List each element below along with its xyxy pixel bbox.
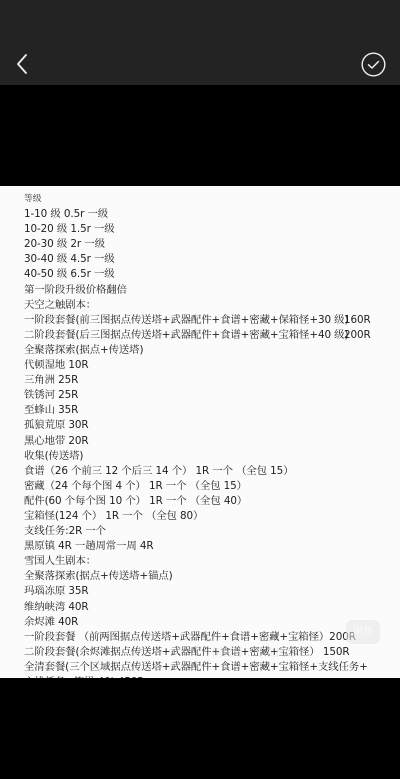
text-line: 维纳峡湾 40R bbox=[24, 600, 394, 615]
text-line: 全清套餐(三个区域据点传送塔+武器配件+食谱+密藏+宝箱怪+支线任务+ bbox=[24, 660, 394, 675]
text-line: 宝箱怪(124 个） 1R 一个 （全包 80） bbox=[24, 509, 394, 524]
text-line: 全聚落探索(据点+传送塔+锚点) bbox=[24, 569, 394, 584]
text-line-content: 二阶段套餐(余烬滩据点传送塔+武器配件+食谱+密藏+宝箱怪） 150R bbox=[24, 646, 350, 658]
text-line: 二阶段套餐(余烬滩据点传送塔+武器配件+食谱+密藏+宝箱怪） 150R bbox=[24, 645, 394, 660]
text-line-content: 食谱（26 个前三 12 个后三 14 个） 1R 一个 （全包 15） bbox=[24, 465, 293, 477]
text-line-content: 第一阶段升级价格翻倍 bbox=[24, 284, 127, 296]
text-line-content: 1-10 级 0.5r 一级 bbox=[24, 208, 108, 220]
text-line-content: 10-20 级 1.5r 一级 bbox=[24, 223, 115, 235]
text-line-content: 支线任务:2R 一个 bbox=[24, 525, 106, 537]
text-line-content: 代顿湿地 10R bbox=[24, 359, 89, 371]
top-toolbar bbox=[0, 0, 400, 85]
text-line-content: 孤狼荒原 30R bbox=[24, 419, 89, 431]
document-text: 等级1-10 级 0.5r 一级10-20 级 1.5r 一级20-30 级 2… bbox=[24, 192, 394, 678]
text-line: 黑原镇 4R 一趟周常一周 4R bbox=[24, 539, 394, 554]
watermark-logo: 闲鱼 bbox=[346, 620, 380, 644]
text-line-content: 20-30 级 2r 一级 bbox=[24, 238, 105, 250]
text-line: 30-40 级 4.5r 一级 bbox=[24, 252, 394, 267]
text-line-content: 玛瑙冻原 35R bbox=[24, 585, 89, 597]
text-line-content: 全清套餐(三个区域据点传送塔+武器配件+食谱+密藏+宝箱怪+支线任务+ bbox=[24, 661, 368, 673]
text-line: 玛瑙冻原 35R bbox=[24, 584, 394, 599]
chevron-left-icon bbox=[15, 53, 29, 75]
text-line-content: 至蜂山 35R bbox=[24, 404, 78, 416]
text-line: 铁锈河 25R bbox=[24, 388, 394, 403]
text-line-content: 余烬滩 40R bbox=[24, 616, 78, 628]
text-line: 收集(传送塔) bbox=[24, 449, 394, 464]
text-line: 支线任务:2R 一个 bbox=[24, 524, 394, 539]
confirm-button[interactable] bbox=[361, 52, 386, 77]
text-line: 二阶段套餐(后三图据点传送塔+武器配件+食谱+密藏+宝箱怪+40 级)200R bbox=[24, 328, 394, 343]
text-line-content: 黑原镇 4R 一趟周常一周 4R bbox=[24, 540, 154, 552]
text-line: 黑心地带 20R bbox=[24, 434, 394, 449]
text-line-content: 三角洲 25R bbox=[24, 374, 78, 386]
text-line-content: 30-40 级 4.5r 一级 bbox=[24, 253, 115, 265]
text-line: 孤狼荒原 30R bbox=[24, 418, 394, 433]
text-line-content: 宝箱怪(124 个） 1R 一个 （全包 80） bbox=[24, 510, 203, 522]
text-line-content: 铁锈河 25R bbox=[24, 389, 78, 401]
watermark-text: 闲鱼号…专业代练 bbox=[212, 645, 296, 660]
text-line: 配件(60 个每个图 10 个） 1R 一个 （全包 40） bbox=[24, 494, 394, 509]
text-line-content: 维纳峡湾 40R bbox=[24, 601, 89, 613]
text-line-content: 配件(60 个每个图 10 个） 1R 一个 （全包 40） bbox=[24, 495, 247, 507]
text-line-content: 全聚落探索(据点+传送塔+锚点) bbox=[24, 570, 173, 582]
text-line: 1-10 级 0.5r 一级 bbox=[24, 207, 394, 222]
text-line-content: 主线任务+等级 40) 450R bbox=[24, 676, 144, 678]
text-line-content: 雪国人生剧本： bbox=[24, 555, 96, 567]
text-line: 第一阶段升级价格翻倍 bbox=[24, 283, 394, 298]
text-line: 等级 bbox=[24, 192, 394, 207]
text-line-content: 密藏（24 个每个图 4 个） 1R 一个 （全包 15） bbox=[24, 480, 247, 492]
text-line: 食谱（26 个前三 12 个后三 14 个） 1R 一个 （全包 15） bbox=[24, 464, 394, 479]
text-line: 10-20 级 1.5r 一级 bbox=[24, 222, 394, 237]
text-line: 至蜂山 35R bbox=[24, 403, 394, 418]
text-line: 全聚落探索(据点+传送塔) bbox=[24, 343, 394, 358]
text-line-content: 收集(传送塔) bbox=[24, 450, 83, 462]
text-line-content: 40-50 级 6.5r 一级 bbox=[24, 268, 115, 280]
text-line-content: 一阶段套餐 （前两图据点传送塔+武器配件+食谱+密藏+宝箱怪）200R bbox=[24, 631, 356, 643]
text-line: 余烬滩 40R bbox=[24, 615, 394, 630]
text-line: 代顿湿地 10R bbox=[24, 358, 394, 373]
back-button[interactable] bbox=[10, 50, 34, 78]
text-line-content: 等级 bbox=[24, 194, 41, 204]
text-line-content: 全聚落探索(据点+传送塔) bbox=[24, 344, 143, 356]
text-line-content: 天空之触剧本： bbox=[24, 299, 96, 311]
text-line: 40-50 级 6.5r 一级 bbox=[24, 267, 394, 282]
text-line-content: 黑心地带 20R bbox=[24, 435, 89, 447]
text-line-content: 一阶段套餐(前三图据点传送塔+武器配件+食谱+密藏+保箱怪+30 级) bbox=[24, 314, 348, 326]
text-line: 一阶段套餐 （前两图据点传送塔+武器配件+食谱+密藏+宝箱怪）200R bbox=[24, 630, 394, 645]
check-circle-icon bbox=[361, 52, 386, 77]
text-line: 天空之触剧本： bbox=[24, 298, 394, 313]
document-image: 等级1-10 级 0.5r 一级10-20 级 1.5r 一级20-30 级 2… bbox=[0, 186, 400, 678]
text-line: 一阶段套餐(前三图据点传送塔+武器配件+食谱+密藏+保箱怪+30 级)160R bbox=[24, 313, 394, 328]
text-line-content: 二阶段套餐(后三图据点传送塔+武器配件+食谱+密藏+宝箱怪+40 级) bbox=[24, 329, 348, 341]
text-line: 密藏（24 个每个图 4 个） 1R 一个 （全包 15） bbox=[24, 479, 394, 494]
price-label: 160R bbox=[344, 313, 371, 328]
text-line: 雪国人生剧本： bbox=[24, 554, 394, 569]
text-line: 主线任务+等级 40) 450R bbox=[24, 675, 394, 678]
text-line: 20-30 级 2r 一级 bbox=[24, 237, 394, 252]
price-label: 200R bbox=[344, 328, 371, 343]
text-line: 三角洲 25R bbox=[24, 373, 394, 388]
